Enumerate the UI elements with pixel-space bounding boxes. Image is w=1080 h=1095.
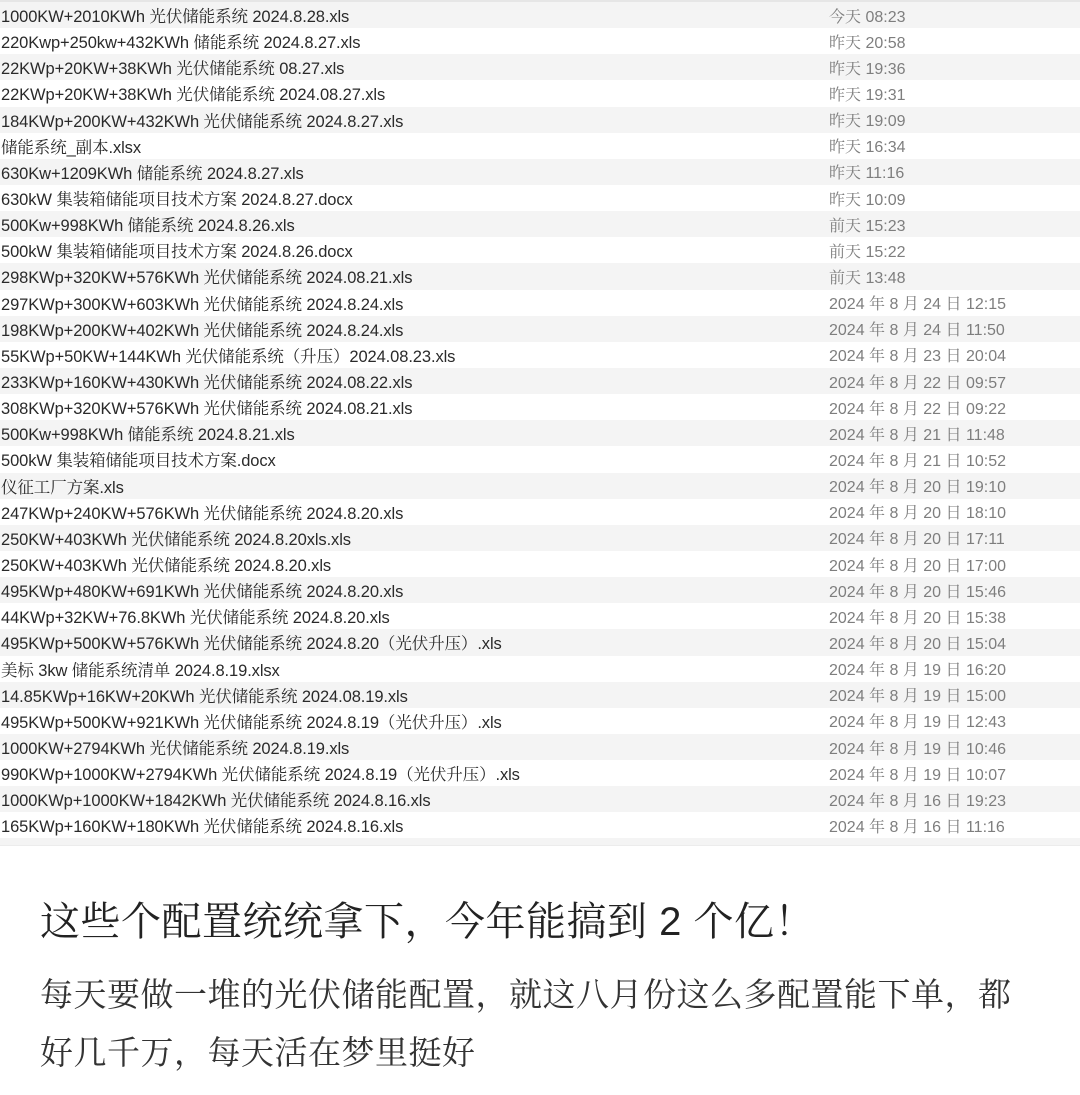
file-name[interactable]: 630Kw+1209KWh 储能系统 2024.8.27.xls bbox=[1, 159, 304, 185]
file-name[interactable]: 298KWp+320KW+576KWh 光伏储能系统 2024.08.21.xl… bbox=[1, 263, 412, 289]
file-row[interactable]: 250KW+403KWh 光伏储能系统 2024.8.20xls.xls2024… bbox=[0, 525, 1080, 551]
file-name[interactable]: 250KW+403KWh 光伏储能系统 2024.8.20xls.xls bbox=[1, 525, 351, 551]
file-row[interactable]: 1000KWp+1000KW+1842KWh 光伏储能系统 2024.8.16.… bbox=[0, 786, 1080, 812]
file-modified-date: 昨天 16:34 bbox=[829, 133, 906, 159]
file-row[interactable]: 990KWp+1000KW+2794KWh 光伏储能系统 2024.8.19（光… bbox=[0, 760, 1080, 786]
file-modified-date: 2024 年 8 月 19 日 10:07 bbox=[829, 760, 1006, 786]
file-row[interactable]: 495KWp+480KW+691KWh 光伏储能系统 2024.8.20.xls… bbox=[0, 577, 1080, 603]
file-modified-date: 2024 年 8 月 23 日 20:04 bbox=[829, 342, 1006, 368]
file-name[interactable]: 198KWp+200KW+402KWh 光伏储能系统 2024.8.24.xls bbox=[1, 316, 403, 342]
file-name[interactable]: 297KWp+300KW+603KWh 光伏储能系统 2024.8.24.xls bbox=[1, 290, 403, 316]
file-modified-date: 2024 年 8 月 16 日 11:16 bbox=[829, 812, 1005, 838]
file-name[interactable]: 247KWp+240KW+576KWh 光伏储能系统 2024.8.20.xls bbox=[1, 499, 403, 525]
file-row[interactable]: 14.85KWp+16KW+20KWh 光伏储能系统 2024.08.19.xl… bbox=[0, 682, 1080, 708]
file-name[interactable]: 500Kw+998KWh 储能系统 2024.8.26.xls bbox=[1, 211, 295, 237]
file-name[interactable]: 495KWp+480KW+691KWh 光伏储能系统 2024.8.20.xls bbox=[1, 577, 403, 603]
file-name[interactable]: 308KWp+320KW+576KWh 光伏储能系统 2024.08.21.xl… bbox=[1, 394, 412, 420]
file-row[interactable]: 500Kw+998KWh 储能系统 2024.8.26.xls前天 15:23 bbox=[0, 211, 1080, 237]
file-name[interactable]: 44KWp+32KW+76.8KWh 光伏储能系统 2024.8.20.xls bbox=[1, 603, 390, 629]
file-name[interactable]: 55KWp+50KW+144KWh 光伏储能系统（升压）2024.08.23.x… bbox=[1, 342, 455, 368]
file-modified-date: 前天 13:48 bbox=[829, 263, 906, 289]
file-row[interactable]: 250KW+403KWh 光伏储能系统 2024.8.20.xls2024 年 … bbox=[0, 551, 1080, 577]
file-row[interactable]: 仪征工厂方案.xls2024 年 8 月 20 日 19:10 bbox=[0, 473, 1080, 499]
file-modified-date: 2024 年 8 月 19 日 12:43 bbox=[829, 708, 1006, 734]
file-row[interactable]: 630kW 集装箱储能项目技术方案 2024.8.27.docx昨天 10:09 bbox=[0, 185, 1080, 211]
file-row[interactable]: 165KWp+160KW+180KWh 光伏储能系统 2024.8.16.xls… bbox=[0, 812, 1080, 838]
file-modified-date: 2024 年 8 月 20 日 15:38 bbox=[829, 603, 1006, 629]
file-modified-date: 2024 年 8 月 24 日 11:50 bbox=[829, 316, 1005, 342]
file-modified-date: 前天 15:22 bbox=[829, 237, 906, 263]
file-modified-date: 2024 年 8 月 20 日 15:04 bbox=[829, 629, 1006, 655]
file-modified-date: 昨天 20:58 bbox=[829, 28, 906, 54]
file-name[interactable]: 22KWp+20KW+38KWh 光伏储能系统 08.27.xls bbox=[1, 54, 344, 80]
file-modified-date: 2024 年 8 月 20 日 17:00 bbox=[829, 551, 1006, 577]
file-modified-date: 昨天 19:09 bbox=[829, 107, 906, 133]
file-modified-date: 昨天 10:09 bbox=[829, 185, 906, 211]
file-row[interactable]: 630Kw+1209KWh 储能系统 2024.8.27.xls昨天 11:16 bbox=[0, 159, 1080, 185]
file-modified-date: 昨天 19:31 bbox=[829, 80, 906, 106]
file-row[interactable]: 22KWp+20KW+38KWh 光伏储能系统 2024.08.27.xls昨天… bbox=[0, 80, 1080, 106]
file-row[interactable]: 184KWp+200KW+432KWh 光伏储能系统 2024.8.27.xls… bbox=[0, 107, 1080, 133]
file-row[interactable]: 495KWp+500KW+576KWh 光伏储能系统 2024.8.20（光伏升… bbox=[0, 629, 1080, 655]
file-modified-date: 2024 年 8 月 16 日 19:23 bbox=[829, 786, 1006, 812]
file-row[interactable]: 1000KW+2794KWh 光伏储能系统 2024.8.19.xls2024 … bbox=[0, 734, 1080, 760]
file-name[interactable]: 1000KW+2010KWh 光伏储能系统 2024.8.28.xls bbox=[1, 2, 349, 28]
file-modified-date: 今天 08:23 bbox=[829, 2, 906, 28]
file-name[interactable]: 495KWp+500KW+576KWh 光伏储能系统 2024.8.20（光伏升… bbox=[1, 629, 502, 655]
file-name[interactable]: 500Kw+998KWh 储能系统 2024.8.21.xls bbox=[1, 420, 295, 446]
post-caption: 这些个配置统统拿下，今年能搞到 2 个亿！ 每天要做一堆的光伏储能配置，就这八月… bbox=[0, 846, 1080, 1095]
file-modified-date: 前天 15:23 bbox=[829, 211, 906, 237]
caption-title: 这些个配置统统拿下，今年能搞到 2 个亿！ bbox=[40, 890, 815, 947]
file-modified-date: 2024 年 8 月 22 日 09:57 bbox=[829, 368, 1006, 394]
file-row[interactable]: 500kW 集装箱储能项目技术方案.docx2024 年 8 月 21 日 10… bbox=[0, 446, 1080, 472]
file-row[interactable]: 44KWp+32KW+76.8KWh 光伏储能系统 2024.8.20.xls2… bbox=[0, 603, 1080, 629]
file-row[interactable]: 55KWp+50KW+144KWh 光伏储能系统（升压）2024.08.23.x… bbox=[0, 342, 1080, 368]
file-row[interactable]: 1000KW+2010KWh 光伏储能系统 2024.8.28.xls今天 08… bbox=[0, 2, 1080, 28]
file-name[interactable]: 仪征工厂方案.xls bbox=[1, 473, 124, 499]
file-modified-date: 2024 年 8 月 21 日 10:52 bbox=[829, 446, 1006, 472]
file-name[interactable]: 美标 3kw 储能系统清单 2024.8.19.xlsx bbox=[1, 656, 280, 682]
file-name[interactable]: 14.85KWp+16KW+20KWh 光伏储能系统 2024.08.19.xl… bbox=[1, 682, 408, 708]
file-name[interactable]: 233KWp+160KW+430KWh 光伏储能系统 2024.08.22.xl… bbox=[1, 368, 412, 394]
file-row[interactable]: 495KWp+500KW+921KWh 光伏储能系统 2024.8.19（光伏升… bbox=[0, 708, 1080, 734]
file-modified-date: 昨天 11:16 bbox=[829, 159, 904, 185]
file-name[interactable]: 990KWp+1000KW+2794KWh 光伏储能系统 2024.8.19（光… bbox=[1, 760, 520, 786]
file-name[interactable]: 500kW 集装箱储能项目技术方案 2024.8.26.docx bbox=[1, 237, 353, 263]
file-name[interactable]: 165KWp+160KW+180KWh 光伏储能系统 2024.8.16.xls bbox=[1, 812, 403, 838]
file-modified-date: 2024 年 8 月 24 日 12:15 bbox=[829, 290, 1006, 316]
file-modified-date: 2024 年 8 月 20 日 19:10 bbox=[829, 473, 1006, 499]
file-name[interactable]: 500kW 集装箱储能项目技术方案.docx bbox=[1, 446, 276, 472]
file-modified-date: 2024 年 8 月 22 日 09:22 bbox=[829, 394, 1006, 420]
file-name[interactable]: 495KWp+500KW+921KWh 光伏储能系统 2024.8.19（光伏升… bbox=[1, 708, 502, 734]
file-modified-date: 2024 年 8 月 20 日 15:46 bbox=[829, 577, 1006, 603]
file-modified-date: 2024 年 8 月 19 日 16:20 bbox=[829, 656, 1006, 682]
file-row[interactable]: 297KWp+300KW+603KWh 光伏储能系统 2024.8.24.xls… bbox=[0, 290, 1080, 316]
file-row[interactable]: 22KWp+20KW+38KWh 光伏储能系统 08.27.xls昨天 19:3… bbox=[0, 54, 1080, 80]
file-row[interactable]: 233KWp+160KW+430KWh 光伏储能系统 2024.08.22.xl… bbox=[0, 368, 1080, 394]
file-name[interactable]: 250KW+403KWh 光伏储能系统 2024.8.20.xls bbox=[1, 551, 331, 577]
file-modified-date: 昨天 19:36 bbox=[829, 54, 906, 80]
file-name[interactable]: 储能系统_副本.xlsx bbox=[1, 133, 141, 159]
file-modified-date: 2024 年 8 月 21 日 11:48 bbox=[829, 420, 1005, 446]
file-row[interactable]: 247KWp+240KW+576KWh 光伏储能系统 2024.8.20.xls… bbox=[0, 499, 1080, 525]
file-modified-date: 2024 年 8 月 19 日 10:46 bbox=[829, 734, 1006, 760]
file-row[interactable]: 220Kwp+250kw+432KWh 储能系统 2024.8.27.xls昨天… bbox=[0, 28, 1080, 54]
file-name[interactable]: 220Kwp+250kw+432KWh 储能系统 2024.8.27.xls bbox=[1, 28, 360, 54]
file-name[interactable]: 184KWp+200KW+432KWh 光伏储能系统 2024.8.27.xls bbox=[1, 107, 403, 133]
file-name[interactable]: 1000KWp+1000KW+1842KWh 光伏储能系统 2024.8.16.… bbox=[1, 786, 431, 812]
file-row[interactable]: 298KWp+320KW+576KWh 光伏储能系统 2024.08.21.xl… bbox=[0, 263, 1080, 289]
file-modified-date: 2024 年 8 月 20 日 17:11 bbox=[829, 525, 1005, 551]
file-name[interactable]: 630kW 集装箱储能项目技术方案 2024.8.27.docx bbox=[1, 185, 353, 211]
file-row[interactable]: 500Kw+998KWh 储能系统 2024.8.21.xls2024 年 8 … bbox=[0, 420, 1080, 446]
file-row[interactable]: 美标 3kw 储能系统清单 2024.8.19.xlsx2024 年 8 月 1… bbox=[0, 656, 1080, 682]
file-row[interactable]: 308KWp+320KW+576KWh 光伏储能系统 2024.08.21.xl… bbox=[0, 394, 1080, 420]
file-modified-date: 2024 年 8 月 20 日 18:10 bbox=[829, 499, 1006, 525]
file-name[interactable]: 22KWp+20KW+38KWh 光伏储能系统 2024.08.27.xls bbox=[1, 80, 385, 106]
partial-row-cutoff bbox=[0, 838, 1080, 846]
file-row[interactable]: 500kW 集装箱储能项目技术方案 2024.8.26.docx前天 15:22 bbox=[0, 237, 1080, 263]
file-row[interactable]: 198KWp+200KW+402KWh 光伏储能系统 2024.8.24.xls… bbox=[0, 316, 1080, 342]
file-list: 1000KW+2010KWh 光伏储能系统 2024.8.28.xls今天 08… bbox=[0, 0, 1080, 845]
file-row[interactable]: 储能系统_副本.xlsx昨天 16:34 bbox=[0, 133, 1080, 159]
file-modified-date: 2024 年 8 月 19 日 15:00 bbox=[829, 682, 1006, 708]
caption-body: 每天要做一堆的光伏储能配置，就这八月份这么多配置能下单，都好几千万，每天活在梦里… bbox=[40, 966, 1040, 1082]
file-name[interactable]: 1000KW+2794KWh 光伏储能系统 2024.8.19.xls bbox=[1, 734, 349, 760]
